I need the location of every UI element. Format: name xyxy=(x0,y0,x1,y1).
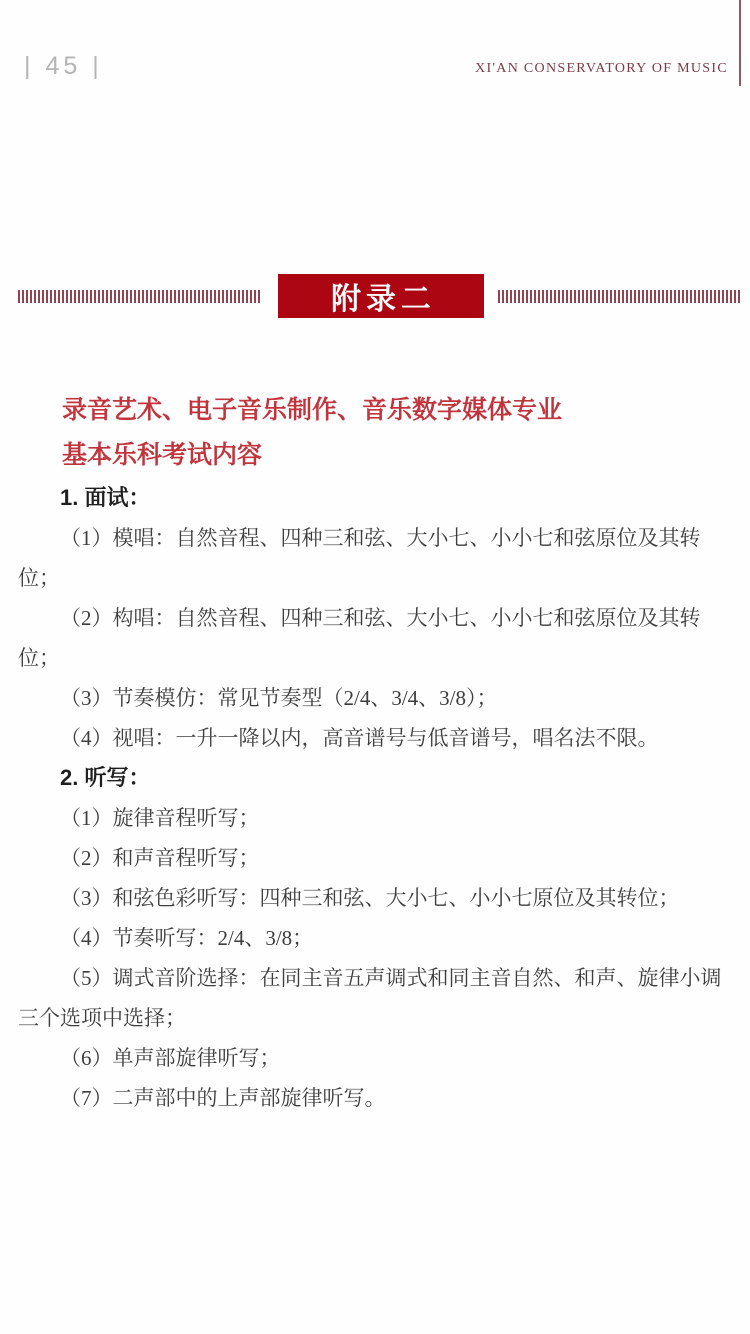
list-item: （3）节奏模仿：常见节奏型（2/4、3/4、3/8）； xyxy=(18,678,732,718)
document-body: 录音艺术、电子音乐制作、音乐数字媒体专业 基本乐科考试内容 1. 面试： （1）… xyxy=(18,388,732,1118)
stripe-left xyxy=(18,290,262,303)
header-rule-line xyxy=(739,0,741,86)
stripe-right xyxy=(498,290,742,303)
page-number: | 45 | xyxy=(24,52,103,81)
section-heading-dictation: 2. 听写： xyxy=(18,758,732,798)
list-item: （2）构唱：自然音程、四种三和弦、大小七、小小七和弦原位及其转位； xyxy=(18,598,732,678)
appendix-banner: 附录二 xyxy=(278,274,484,318)
section-heading-interview: 1. 面试： xyxy=(18,478,732,518)
list-item: （7）二声部中的上声部旋律听写。 xyxy=(18,1078,732,1118)
list-item: （1）旋律音程听写； xyxy=(18,798,732,838)
list-item: （5）调式音阶选择：在同主音五声调式和同主音自然、和声、旋律小调三个选项中选择； xyxy=(18,958,732,1038)
document-title: 录音艺术、电子音乐制作、音乐数字媒体专业 基本乐科考试内容 xyxy=(18,388,732,478)
list-item: （6）单声部旋律听写； xyxy=(18,1038,732,1078)
document-page: | 45 | XI'AN CONSERVATORY OF MUSIC 附录二 录… xyxy=(0,0,750,1334)
list-item: （2）和声音程听写； xyxy=(18,838,732,878)
list-item: （3）和弦色彩听写：四种三和弦、大小七、小小七原位及其转位； xyxy=(18,878,732,918)
document-title-line1: 录音艺术、电子音乐制作、音乐数字媒体专业 xyxy=(62,396,562,424)
list-item: （4）节奏听写：2/4、3/8； xyxy=(18,918,732,958)
list-item: （1）模唱：自然音程、四种三和弦、大小七、小小七和弦原位及其转位； xyxy=(18,518,732,598)
appendix-banner-row: 附录二 xyxy=(0,274,750,318)
appendix-banner-label: 附录二 xyxy=(331,274,436,318)
institution-name: XI'AN CONSERVATORY OF MUSIC xyxy=(475,61,728,77)
list-item: （4）视唱：一升一降以内，高音谱号与低音谱号，唱名法不限。 xyxy=(18,718,732,758)
document-title-line2: 基本乐科考试内容 xyxy=(62,441,262,469)
